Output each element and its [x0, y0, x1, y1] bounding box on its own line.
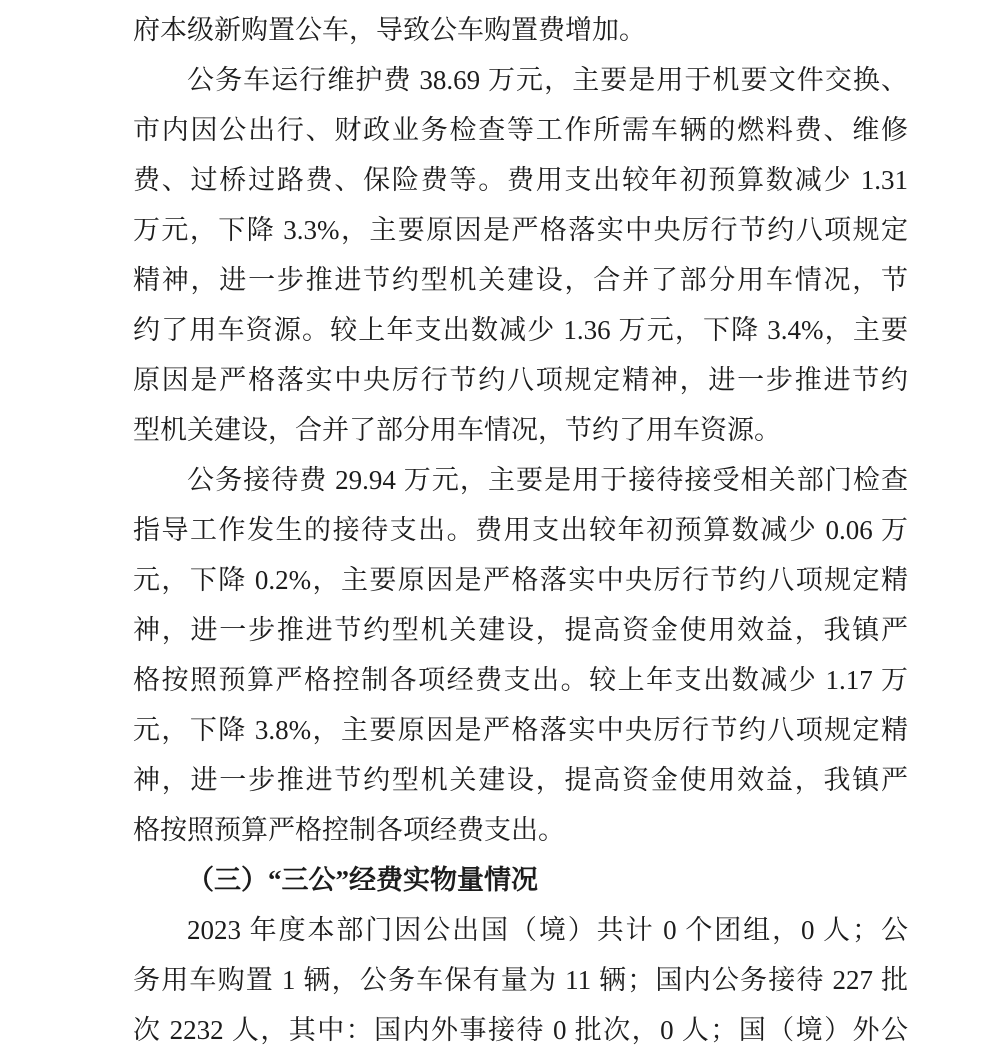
body-line: 万元，下降 3.3%，主要原因是严格落实中央厉行节约八项规定	[133, 205, 908, 255]
body-line: 神，进一步推进节约型机关建设，提高资金使用效益，我镇严	[133, 605, 908, 655]
body-line: 元，下降 3.8%，主要原因是严格落实中央厉行节约八项规定精	[133, 705, 908, 755]
document-page: 府本级新购置公车，导致公车购置费增加。 公务车运行维护费 38.69 万元，主要…	[0, 0, 1000, 1060]
body-line: 格按照预算严格控制各项经费支出。	[133, 805, 908, 855]
body-line: 公务车运行维护费 38.69 万元，主要是用于机要文件交换、	[133, 55, 908, 105]
body-line: 格按照预算严格控制各项经费支出。较上年支出数减少 1.17 万	[133, 655, 908, 705]
document-text: 府本级新购置公车，导致公车购置费增加。 公务车运行维护费 38.69 万元，主要…	[0, 0, 1000, 1055]
body-line: 务用车购置 1 辆，公务车保有量为 11 辆；国内公务接待 227 批	[133, 955, 908, 1005]
body-line: 原因是严格落实中央厉行节约八项规定精神，进一步推进节约	[133, 355, 908, 405]
section-heading: （三）“三公”经费实物量情况	[133, 855, 908, 905]
body-line: 元，下降 0.2%，主要原因是严格落实中央厉行节约八项规定精	[133, 555, 908, 605]
body-line: 公务接待费 29.94 万元，主要是用于接待接受相关部门检查	[133, 455, 908, 505]
body-line: 约了用车资源。较上年支出数减少 1.36 万元，下降 3.4%，主要	[133, 305, 908, 355]
body-line: 指导工作发生的接待支出。费用支出较年初预算数减少 0.06 万	[133, 505, 908, 555]
body-line: 2023 年度本部门因公出国（境）共计 0 个团组，0 人；公	[133, 905, 908, 955]
body-line: 费、过桥过路费、保险费等。费用支出较年初预算数减少 1.31	[133, 155, 908, 205]
body-line: 次 2232 人，其中：国内外事接待 0 批次，0 人；国（境）外公	[133, 1005, 908, 1055]
body-line: 府本级新购置公车，导致公车购置费增加。	[133, 5, 908, 55]
body-line: 精神，进一步推进节约型机关建设，合并了部分用车情况，节	[133, 255, 908, 305]
body-line: 神，进一步推进节约型机关建设，提高资金使用效益，我镇严	[133, 755, 908, 805]
body-line: 市内因公出行、财政业务检查等工作所需车辆的燃料费、维修	[133, 105, 908, 155]
body-line: 型机关建设，合并了部分用车情况，节约了用车资源。	[133, 405, 908, 455]
